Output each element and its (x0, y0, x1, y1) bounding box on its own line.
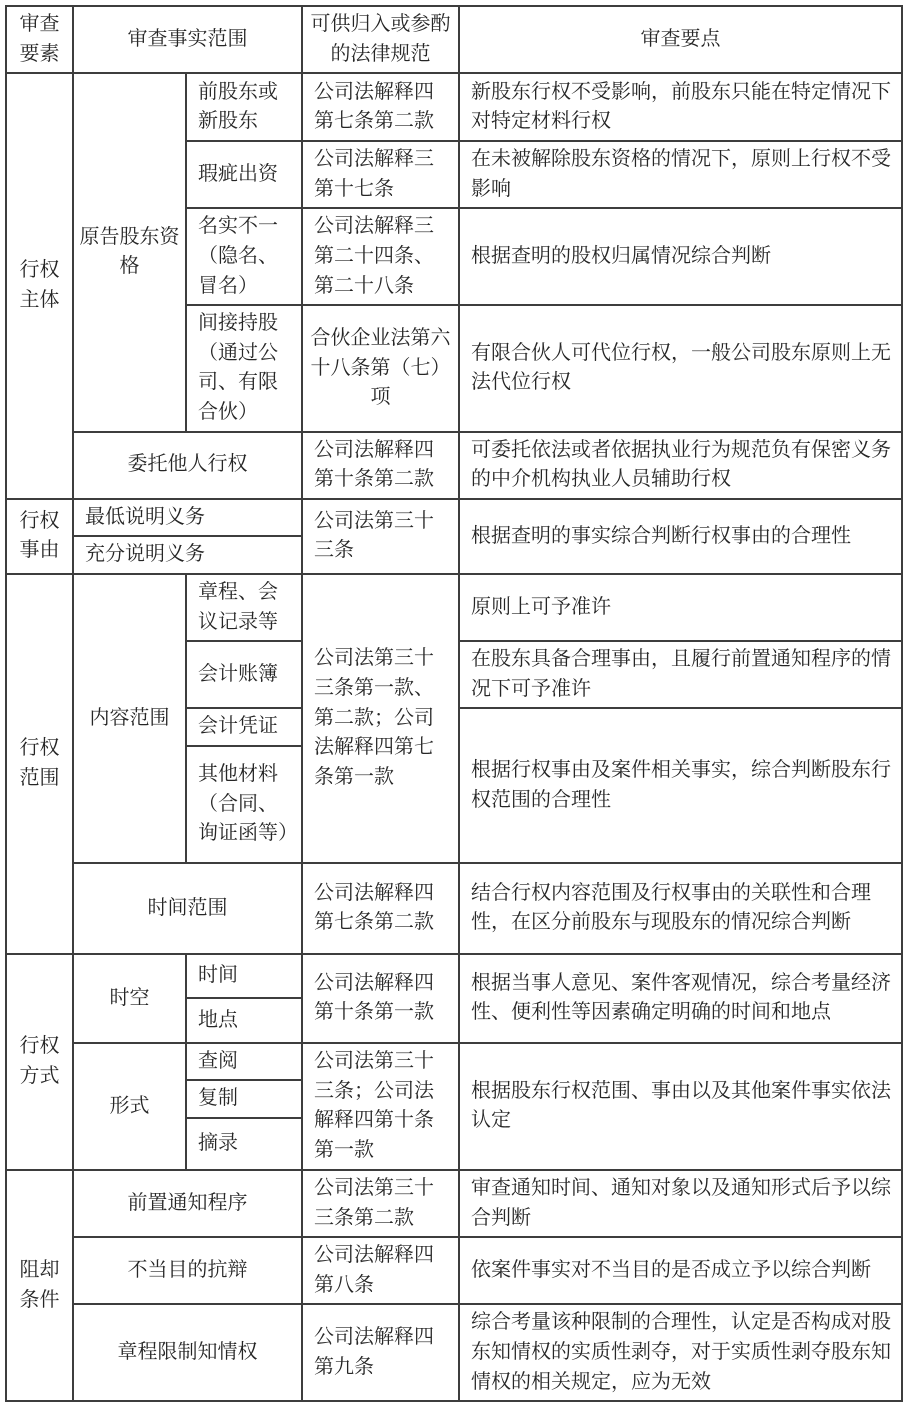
table-row: 委托他人行权 公司法解释四第十条第二款 可委托依法或者依据执业行为规范负有保密义… (6, 432, 902, 499)
section-subject: 行权主体 (6, 73, 73, 499)
cell-improper-purpose-fact: 不当目的抗辩 (73, 1237, 302, 1304)
cell-entrust-fact: 委托他人行权 (73, 432, 302, 499)
cell-time-scope-fact: 时间范围 (73, 863, 302, 954)
cell-charter-restriction-norm: 公司法解释四第九条 (302, 1304, 459, 1401)
cell-minimum-duty: 最低说明义务 (73, 499, 302, 537)
cell-accounting-books-point: 在股东具备合理事由，且履行前置通知程序的情况下可予准许 (459, 641, 902, 708)
cell-entrust-norm: 公司法解释四第十条第二款 (302, 432, 459, 499)
cell-extract: 摘录 (186, 1118, 302, 1170)
cell-full-duty: 充分说明义务 (73, 536, 302, 574)
cell-charter-restriction-fact: 章程限制知情权 (73, 1304, 302, 1401)
cell-inspect: 查阅 (186, 1043, 302, 1081)
cell-prior-notice-point: 审查通知时间、通知对象以及通知形式后予以综合判断 (459, 1170, 902, 1237)
header-legal-norm: 可供归入或参酌的法律规范 (302, 6, 459, 73)
table-row: 行权事由 最低说明义务 公司法第三十三条 根据查明的事实综合判断行权事由的合理性 (6, 499, 902, 537)
cell-place: 地点 (186, 998, 302, 1043)
cell-former-new-point: 新股东行权不受影响，前股东只能在特定情况下对特定材料行权 (459, 73, 902, 141)
table-row: 行权范围 内容范围 章程、会议记录等 公司法第三十三条第一款、第二款；公司法解释… (6, 574, 902, 641)
cell-form-norm: 公司法第三十三条；公司法解释四第十条第一款 (302, 1043, 459, 1170)
cell-name-mismatch-norm: 公司法解释三第二十四条、第二十八条 (302, 208, 459, 305)
section-cause: 行权事由 (6, 499, 73, 574)
cell-content-norm: 公司法第三十三条第一款、第二款；公司法解释四第七条第一款 (302, 574, 459, 863)
header-element: 审查要素 (6, 6, 73, 73)
table-row: 阻却条件 前置通知程序 公司法第三十三条第二款 审查通知时间、通知对象以及通知形… (6, 1170, 902, 1237)
cell-cause-point: 根据查明的事实综合判断行权事由的合理性 (459, 499, 902, 574)
cell-prior-notice-fact: 前置通知程序 (73, 1170, 302, 1237)
cell-charter-restriction-point: 综合考量该种限制的合理性，认定是否构成对股东知情权的实质性剥夺，对于实质性剥夺股… (459, 1304, 902, 1401)
cell-indirect-holding-norm: 合伙企业法第六十八条第（七）项 (302, 305, 459, 431)
cell-copy: 复制 (186, 1080, 302, 1118)
cell-indirect-holding-fact: 间接持股（通过公司、有限合伙） (186, 305, 302, 431)
cell-content-scope: 内容范围 (73, 574, 186, 863)
cell-improper-purpose-point: 依案件事实对不当目的是否成立予以综合判断 (459, 1237, 902, 1304)
cell-accounting-books-fact: 会计账簿 (186, 641, 302, 708)
table-header-row: 审查要素 审查事实范围 可供归入或参酌的法律规范 审查要点 (6, 6, 902, 73)
cell-spacetime-label: 时空 (73, 954, 186, 1043)
header-fact-scope: 审查事实范围 (73, 6, 302, 73)
cell-spacetime-norm: 公司法解释四第十条第一款 (302, 954, 459, 1043)
cell-improper-purpose-norm: 公司法解释四第八条 (302, 1237, 459, 1304)
cell-other-materials-fact: 其他材料（合同、询证函等） (186, 746, 302, 863)
cell-name-mismatch-fact: 名实不一（隐名、冒名） (186, 208, 302, 305)
cell-vouchers-other-point: 根据行权事由及案件相关事实，综合判断股东行权范围的合理性 (459, 708, 902, 863)
cell-entrust-point: 可委托依法或者依据执业行为规范负有保密义务的中介机构执业人员辅助行权 (459, 432, 902, 499)
cell-form-point: 根据股东行权范围、事由以及其他案件事实依法认定 (459, 1043, 902, 1170)
cell-time: 时间 (186, 954, 302, 998)
table-row: 行权方式 时空 时间 公司法解释四第十条第一款 根据当事人意见、案件客观情况，综… (6, 954, 902, 998)
cell-indirect-holding-point: 有限合伙人可代位行权，一般公司股东原则上无法代位行权 (459, 305, 902, 431)
table-row: 形式 查阅 公司法第三十三条；公司法解释四第十条第一款 根据股东行权范围、事由以… (6, 1043, 902, 1081)
table-row: 时间范围 公司法解释四第七条第二款 结合行权内容范围及行权事由的关联性和合理性，… (6, 863, 902, 954)
cell-charter-minutes-fact: 章程、会议记录等 (186, 574, 302, 641)
cell-charter-minutes-point: 原则上可予准许 (459, 574, 902, 641)
section-scope: 行权范围 (6, 574, 73, 954)
cell-qualification: 原告股东资格 (73, 73, 186, 431)
cell-defective-contribution-point: 在未被解除股东资格的情况下，原则上行权不受影响 (459, 141, 902, 208)
table-row: 不当目的抗辩 公司法解释四第八条 依案件事实对不当目的是否成立予以综合判断 (6, 1237, 902, 1304)
cell-form-label: 形式 (73, 1043, 186, 1170)
cell-defective-contribution-fact: 瑕疵出资 (186, 141, 302, 208)
table-row: 行权主体 原告股东资格 前股东或新股东 公司法解释四第七条第二款 新股东行权不受… (6, 73, 902, 141)
review-elements-table: 审查要素 审查事实范围 可供归入或参酌的法律规范 审查要点 行权主体 原告股东资… (5, 5, 903, 1402)
cell-time-scope-point: 结合行权内容范围及行权事由的关联性和合理性，在区分前股东与现股东的情况综合判断 (459, 863, 902, 954)
cell-accounting-vouchers-fact: 会计凭证 (186, 708, 302, 746)
cell-cause-norm: 公司法第三十三条 (302, 499, 459, 574)
table-row: 章程限制知情权 公司法解释四第九条 综合考量该种限制的合理性，认定是否构成对股东… (6, 1304, 902, 1401)
cell-defective-contribution-norm: 公司法解释三第十七条 (302, 141, 459, 208)
cell-former-new-fact: 前股东或新股东 (186, 73, 302, 141)
section-method: 行权方式 (6, 954, 73, 1170)
cell-name-mismatch-point: 根据查明的股权归属情况综合判断 (459, 208, 902, 305)
cell-time-scope-norm: 公司法解释四第七条第二款 (302, 863, 459, 954)
cell-spacetime-point: 根据当事人意见、案件客观情况，综合考量经济性、便利性等因素确定明确的时间和地点 (459, 954, 902, 1043)
cell-prior-notice-norm: 公司法第三十三条第二款 (302, 1170, 459, 1237)
section-bar: 阻却条件 (6, 1170, 73, 1401)
header-review-points: 审查要点 (459, 6, 902, 73)
cell-former-new-norm: 公司法解释四第七条第二款 (302, 73, 459, 141)
